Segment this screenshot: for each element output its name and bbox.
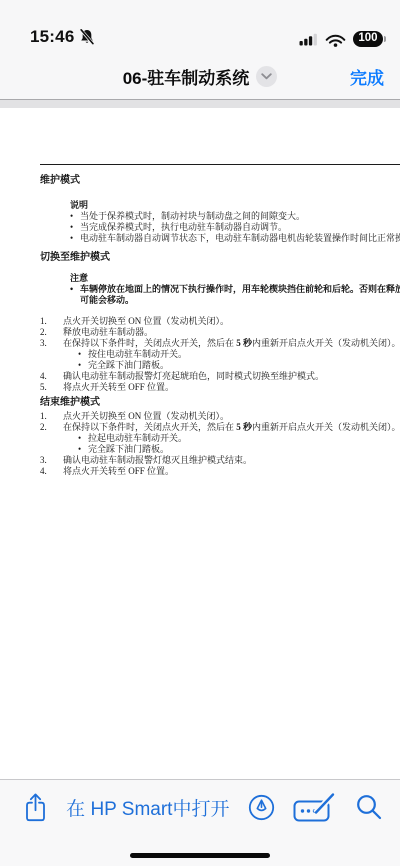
step-item: 2. 释放电动驻车制动器。 <box>40 327 400 338</box>
enter-maintenance-steps: 1. 点火开关切换至 ON 位置（发动机关闭）。 2. 释放电动驻车制动器。 3… <box>40 316 400 393</box>
wifi-icon <box>325 32 346 47</box>
step-text-post: 内重新开启点火开关（发动机关闭）。 <box>252 422 400 432</box>
step-text: 将点火开关转至 OFF 位置。 <box>63 466 174 477</box>
bullet-icon: • <box>78 360 88 371</box>
step-number: 5. <box>40 382 63 393</box>
markup-icon <box>248 794 275 821</box>
sub-bullet-text: 完全踩下油门踏板。 <box>88 360 169 370</box>
note-bullet-text: 当完成保养模式时，执行电动驻车制动器自动调节。 <box>80 222 287 232</box>
home-indicator[interactable] <box>130 853 270 858</box>
cellular-signal-icon <box>299 33 318 46</box>
done-button[interactable]: 完成 <box>350 54 384 99</box>
step-number: 1. <box>40 411 63 422</box>
document-page[interactable]: 维护模式 说明 •当处于保养模式时，制动衬块与制动盘之间的间隙变大。 •当完成保… <box>0 108 400 779</box>
signature-icon <box>293 791 337 823</box>
step-text: 点火开关切换至 ON 位置（发动机关闭）。 <box>63 316 229 327</box>
step-item: 3. 确认电动驻车制动报警灯熄灭且维护模式结束。 <box>40 455 400 466</box>
note-bullet: •电动驻车制动器自动调节状态下，电动驻车制动器电机齿轮装置操作时间比正常操 <box>70 233 400 244</box>
bell-slash-icon <box>78 28 96 46</box>
screen: 15:46 <box>0 0 400 866</box>
step-number: 3. <box>40 338 63 349</box>
section-heading-exit-maintenance: 结束维护模式 <box>40 397 400 409</box>
bullet-icon: • <box>70 233 80 244</box>
bullet-icon: • <box>70 284 80 295</box>
note-bullet-text: 电动驻车制动器自动调节状态下，电动驻车制动器电机齿轮装置操作时间比正常操 <box>80 233 400 243</box>
exit-maintenance-steps: 1. 点火开关切换至 ON 位置（发动机关闭）。 2. 在保持以下条件时，关闭点… <box>40 411 400 477</box>
search-button[interactable] <box>355 793 383 821</box>
bullet-icon: • <box>70 222 80 233</box>
step-text-post: 内重新开启点火开关（发动机关闭）。 <box>252 338 400 348</box>
status-bar: 15:46 <box>0 0 400 54</box>
battery-nub <box>384 36 387 42</box>
step-text-pre: 在保持以下条件时，关闭点火开关，然后在 <box>63 422 236 432</box>
bullet-icon: • <box>70 211 80 222</box>
caution-text-line1: 车辆停放在地面上的情况下执行操作时，用车轮楔块挡住前轮和后轮。否则在释放 <box>80 284 400 294</box>
step-text: 释放电动驻车制动器。 <box>63 327 153 338</box>
page-title: 06-驻车制动系统 <box>123 64 250 89</box>
caution-block: 注意 •车辆停放在地面上的情况下执行操作时，用车轮楔块挡住前轮和后轮。否则在释放… <box>70 273 400 306</box>
sub-bullet-item: •拉起电动驻车制动开关。 <box>78 433 400 444</box>
step-item: 4. 将点火开关转至 OFF 位置。 <box>40 466 400 477</box>
sub-bullet-item: •按住电动驻车制动开关。 <box>78 349 400 360</box>
sub-bullet-item: •完全踩下油门踏板。 <box>78 444 400 455</box>
chevron-down-icon <box>261 73 272 80</box>
open-in-hp-smart-label: 在 HP Smart中打开 <box>66 794 229 821</box>
sub-bullet-text: 拉起电动驻车制动开关。 <box>88 433 187 443</box>
bullet-icon: • <box>78 444 88 455</box>
bullet-icon: • <box>78 349 88 360</box>
share-icon <box>23 792 48 823</box>
step-text: 在保持以下条件时，关闭点火开关，然后在 5 秒内重新开启点火开关（发动机关闭）。 <box>63 338 400 349</box>
note-bullet: •当处于保养模式时，制动衬块与制动盘之间的间隙变大。 <box>70 211 400 222</box>
battery-percent: 100 <box>353 31 382 47</box>
share-button[interactable] <box>23 792 48 823</box>
note-block: 说明 •当处于保养模式时，制动衬块与制动盘之间的间隙变大。 •当完成保养模式时，… <box>70 200 400 244</box>
note-label: 说明 <box>70 200 400 211</box>
step-text-pre: 在保持以下条件时，关闭点火开关，然后在 <box>63 338 236 348</box>
step-text-bold: 5 秒 <box>236 338 252 348</box>
sub-bullet-item: •完全踩下油门踏板。 <box>78 360 400 371</box>
step-number: 2. <box>40 327 63 338</box>
bottom-toolbar: 在 HP Smart中打开 <box>0 779 400 866</box>
step-item: 1. 点火开关切换至 ON 位置（发动机关闭）。 <box>40 316 400 327</box>
step-number: 4. <box>40 371 63 382</box>
step-text-bold: 5 秒 <box>236 422 252 432</box>
step-text: 确认电动驻车制动报警灯亮起琥珀色，同时模式切换至维护模式。 <box>63 371 324 382</box>
step-text: 确认电动驻车制动报警灯熄灭且维护模式结束。 <box>63 455 252 466</box>
step-text: 在保持以下条件时，关闭点火开关，然后在 5 秒内重新开启点火开关（发动机关闭）。 <box>63 422 400 433</box>
horizontal-rule <box>40 164 400 165</box>
section-heading-enter-maintenance: 切换至维护模式 <box>40 252 400 264</box>
step-item: 5. 将点火开关转至 OFF 位置。 <box>40 382 400 393</box>
title-menu-button[interactable] <box>256 66 277 87</box>
caution-text-line2: 可能会移动。 <box>80 295 400 306</box>
step-item: 3. 在保持以下条件时，关闭点火开关，然后在 5 秒内重新开启点火开关（发动机关… <box>40 338 400 349</box>
step-item: 4. 确认电动驻车制动报警灯亮起琥珀色，同时模式切换至维护模式。 <box>40 371 400 382</box>
signature-button[interactable] <box>293 791 337 823</box>
step-number: 4. <box>40 466 63 477</box>
caution-label: 注意 <box>70 273 400 284</box>
step-text: 将点火开关转至 OFF 位置。 <box>63 382 174 393</box>
battery-icon: 100 <box>353 31 386 47</box>
sub-bullet-text: 完全踩下油门踏板。 <box>88 444 169 454</box>
nav-bar: 06-驻车制动系统 完成 <box>0 54 400 99</box>
step-number: 1. <box>40 316 63 327</box>
step-item: 2. 在保持以下条件时，关闭点火开关，然后在 5 秒内重新开启点火开关（发动机关… <box>40 422 400 433</box>
search-icon <box>355 793 383 821</box>
section-heading-maintenance: 维护模式 <box>40 175 400 187</box>
note-bullet-text: 当处于保养模式时，制动衬块与制动盘之间的间隙变大。 <box>80 211 305 221</box>
markup-button[interactable] <box>248 794 275 821</box>
open-in-hp-smart-button[interactable]: 在 HP Smart中打开 <box>66 794 229 821</box>
step-number: 2. <box>40 422 63 433</box>
bullet-icon: • <box>78 433 88 444</box>
clock: 15:46 <box>30 27 74 47</box>
step-text: 点火开关切换至 ON 位置（发动机关闭）。 <box>63 411 229 422</box>
caution-bullet: •车辆停放在地面上的情况下执行操作时，用车轮楔块挡住前轮和后轮。否则在释放 <box>70 284 400 295</box>
note-bullet: •当完成保养模式时，执行电动驻车制动器自动调节。 <box>70 222 400 233</box>
step-number: 3. <box>40 455 63 466</box>
step-item: 1. 点火开关切换至 ON 位置（发动机关闭）。 <box>40 411 400 422</box>
sub-bullet-text: 按住电动驻车制动开关。 <box>88 349 187 359</box>
